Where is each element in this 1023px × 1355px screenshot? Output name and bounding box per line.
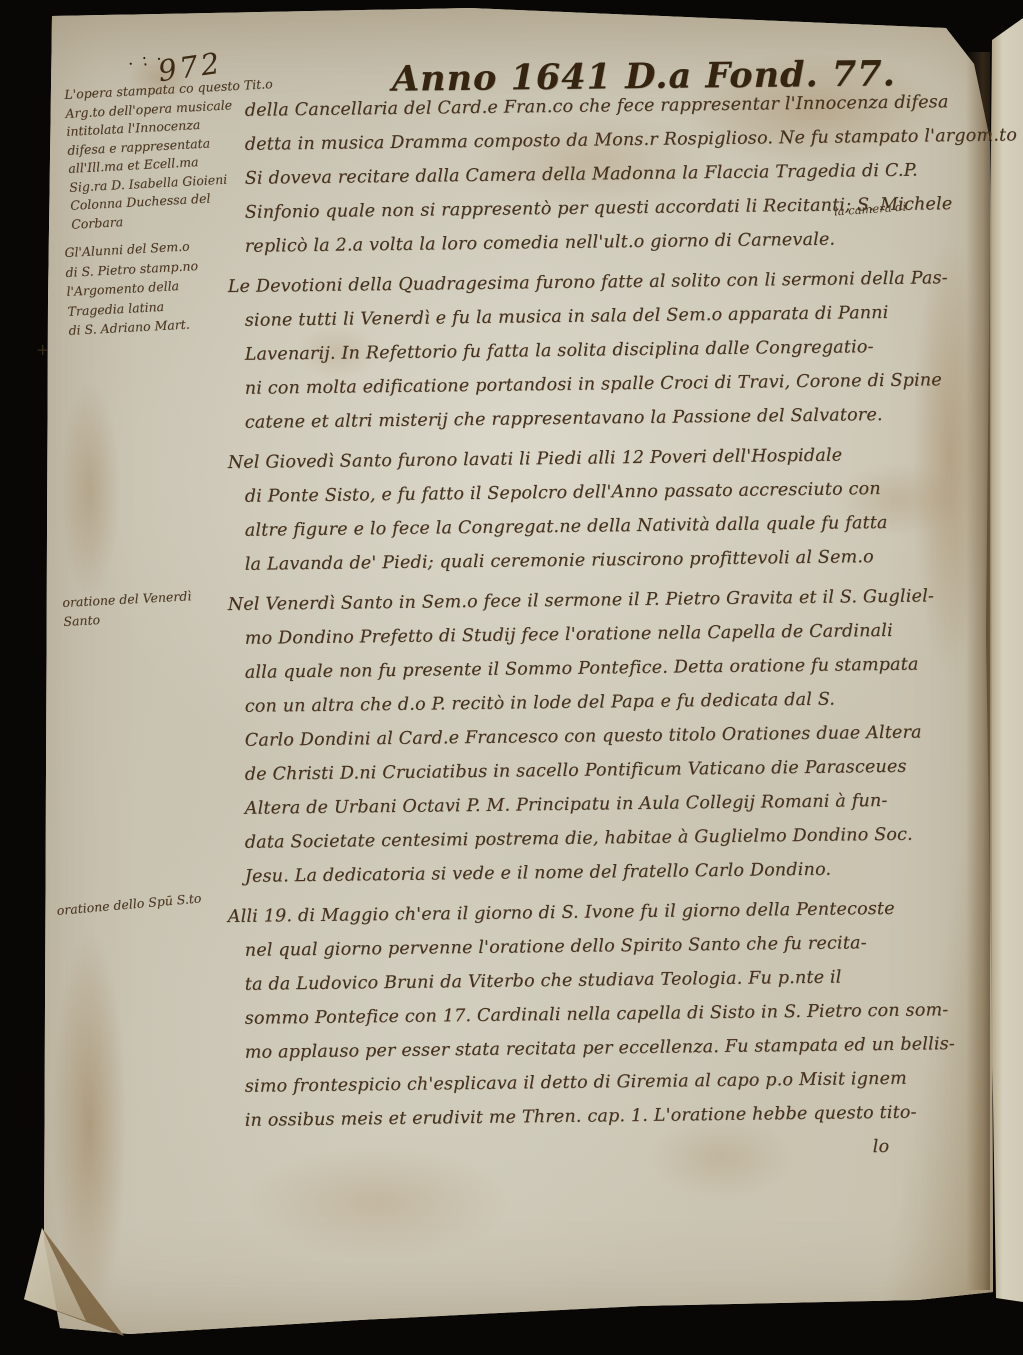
manuscript-photo: · ∶ · 972 Anno 1641 D.a Fond. 77. + la c… (0, 0, 1023, 1355)
margin-note-alunni-tragedia: Gl'Alunni del Sem.odi S. Pietro stamp.no… (64, 236, 202, 340)
book-gutter-page-edges (0, 6, 64, 1352)
margin-note-oratione-venerdi: oratione del VenerdìSanto (62, 587, 193, 631)
body-text: della Cancellaria del Card.e Fran.co che… (228, 94, 952, 1172)
page-right-crease (966, 52, 990, 1290)
collation-mark: + (36, 340, 49, 359)
